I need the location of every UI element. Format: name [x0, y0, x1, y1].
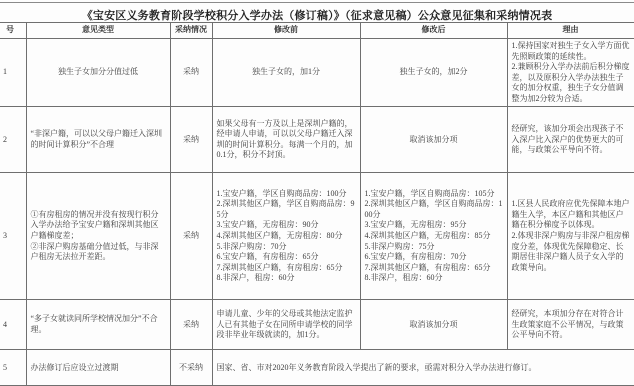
- before-cell: 如果父母有一方及以上是深圳户籍的，经申请人申请，可以以父母户籍迁入深圳的时间计算…: [212, 107, 360, 173]
- header-adoption: 采纳情况: [170, 23, 212, 39]
- adoption-cell: 采纳: [170, 39, 212, 107]
- opinion-table: 号 意见类型 采纳情况 修改前 修改后 理由 1 独生子女加分分值过低 采纳 独…: [0, 22, 634, 386]
- reason-cell: 1.区县人民政府应优先保障本地户籍生入学，本区户籍和其他区户籍在积分梯度予以体现…: [507, 173, 634, 300]
- opinion-type-cell: 办法修订后应设立过渡期: [26, 350, 170, 386]
- opinion-type-cell: 独生子女加分分值过低: [26, 39, 170, 107]
- document-title: 《宝安区义务教育阶段学校积分入学办法（修订稿）》（征求意见稿）公众意见征集和采纳…: [0, 7, 634, 23]
- reason-cell: 经研究，该加分项会出现孩子不入深户比入深户的优势更大的可能，与政策公平导向不符。: [507, 107, 634, 173]
- after-cell: 取消该加分项: [360, 300, 507, 350]
- table-header-row: 号 意见类型 采纳情况 修改前 修改后 理由: [0, 23, 634, 39]
- header-reason: 理由: [507, 23, 634, 39]
- document-page: 《宝安区义务教育阶段学校积分入学办法（修订稿）》（征求意见稿）公众意见征集和采纳…: [0, 0, 634, 386]
- row-number: 4: [0, 300, 26, 350]
- before-cell: 申请儿童、少年的父母或其他法定监护人已有其他子女在同所申请学校的同学段非毕业年级…: [212, 300, 360, 350]
- before-cell: 独生子女的，加1分: [212, 39, 360, 107]
- row-number: 1: [0, 39, 26, 107]
- after-cell: 独生子女的，加2分: [360, 39, 507, 107]
- merged-remark-cell: 国家、省、市对2020年义务教育阶段入学提出了新的要求，亟需对积分入学办法进行修…: [212, 350, 634, 386]
- adoption-cell: 采纳: [170, 107, 212, 173]
- row-number: 2: [0, 107, 26, 173]
- header-opinion-type: 意见类型: [26, 23, 170, 39]
- after-cell: 1.宝安户籍，学区自购商品房：105分 2.深圳其他区户籍，学区自购商品房：10…: [360, 173, 507, 300]
- header-before: 修改前: [212, 23, 360, 39]
- opinion-type-cell: “多子女就读同所学校情况加分”不合理。: [26, 300, 170, 350]
- reason-cell: 经研究，本项加分存在对符合计生政策家庭不公平情况，与政策公平导向不符。: [507, 300, 634, 350]
- opinion-type-cell: ①有房租房的情况并没有按现行积分入学办法给予宝安户籍和深圳其他区户籍梯度差； ②…: [26, 173, 170, 300]
- opinion-type-cell: “非深户籍，可以以父母户籍迁入深圳的时间计算积分”不合理: [26, 107, 170, 173]
- table-row: 2 “非深户籍，可以以父母户籍迁入深圳的时间计算积分”不合理 采纳 如果父母有一…: [0, 107, 634, 173]
- table-row: 5 办法修订后应设立过渡期 不采纳 国家、省、市对2020年义务教育阶段入学提出…: [0, 350, 634, 386]
- adoption-cell: 采纳: [170, 173, 212, 300]
- table-row: 4 “多子女就读同所学校情况加分”不合理。 采纳 申请儿童、少年的父母或其他法定…: [0, 300, 634, 350]
- header-after: 修改后: [360, 23, 507, 39]
- before-cell: 1.宝安户籍，学区自购商品房：100分 2.深圳其他区户籍，学区自购商品房：95…: [212, 173, 360, 300]
- adoption-cell: 不采纳: [170, 350, 212, 386]
- table-row: 1 独生子女加分分值过低 采纳 独生子女的，加1分 独生子女的，加2分 1.保持…: [0, 39, 634, 107]
- top-rule-divider: [0, 2, 634, 3]
- adoption-cell: 采纳: [170, 300, 212, 350]
- header-number: 号: [0, 23, 26, 39]
- row-number: 5: [0, 350, 26, 386]
- row-number: 3: [0, 173, 26, 300]
- table-row: 3 ①有房租房的情况并没有按现行积分入学办法给予宝安户籍和深圳其他区户籍梯度差；…: [0, 173, 634, 300]
- after-cell: 取消该加分项: [360, 107, 507, 173]
- reason-cell: 1.保持国家对独生子女入学方面优先照顾政策的延续性。 2.兼顾积分入学办法前后积…: [507, 39, 634, 107]
